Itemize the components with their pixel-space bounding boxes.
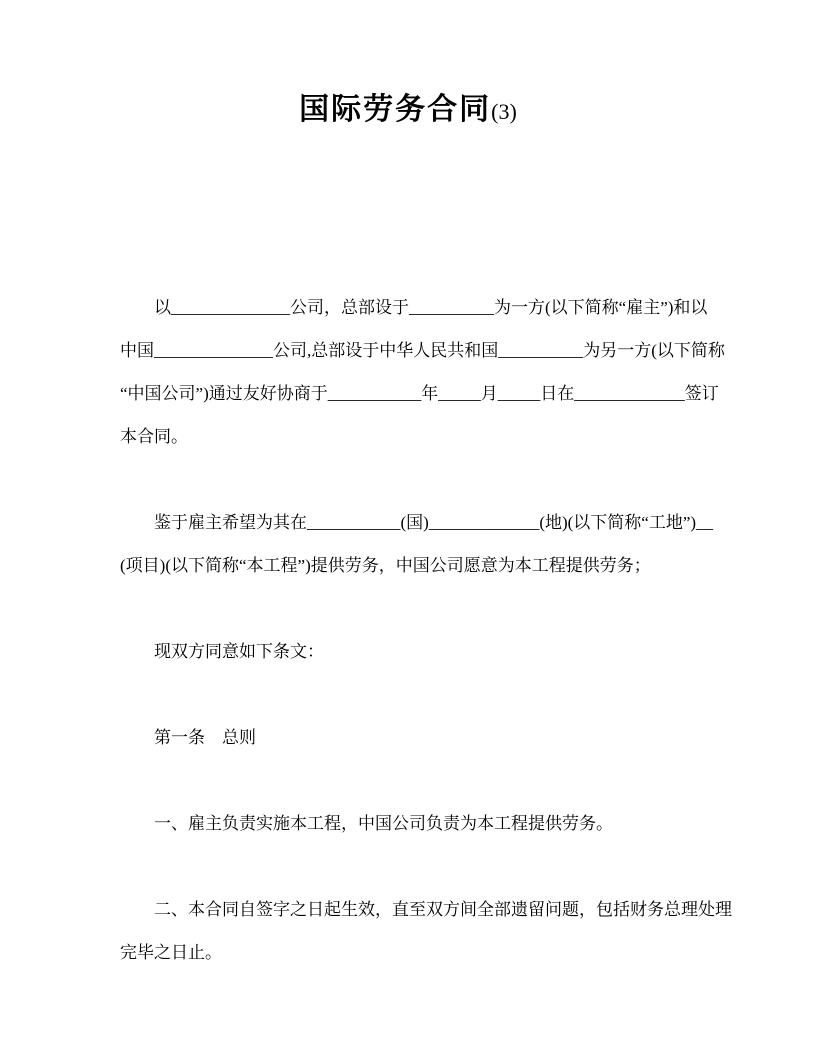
paragraph-line: “中国公司”)通过友好协商于___________年_____月_____日在_… [120,372,720,415]
paragraph-line: 以______________公司，总部设于__________为一方(以下简称… [120,286,720,329]
article-1-heading: 第一条 总则 [120,716,720,759]
document-title-number: (3) [491,99,517,124]
paragraph-intro: 以______________公司，总部设于__________为一方(以下简称… [120,286,720,458]
paragraph-line: 鉴于雇主希望为其在___________(国)_____________(地)(… [120,501,720,544]
paragraph-clause-2: 二、本合同自签字之日起生效，直至双方间全部遗留问题，包括财务总理处理 完毕之日止… [120,888,720,974]
paragraph-agreement-lead: 现双方同意如下条文： [120,630,720,673]
document-page: 国际劳务合同(3) 以______________公司，总部设于________… [0,0,816,1056]
paragraph-clause-1: 一、雇主负责实施本工程，中国公司负责为本工程提供劳务。 [120,802,720,845]
paragraph-line: (项目)(以下简称“本工程”)提供劳务，中国公司愿意为本工程提供劳务； [120,544,720,587]
document-title: 国际劳务合同(3) [0,0,816,134]
document-body: 以______________公司，总部设于__________为一方(以下简称… [120,286,720,974]
article-heading-line: 第一条 总则 [120,716,720,759]
paragraph-line: 现双方同意如下条文： [120,630,720,673]
paragraph-line: 中国______________公司,总部设于中华人民共和国__________… [120,329,720,372]
paragraph-line: 一、雇主负责实施本工程，中国公司负责为本工程提供劳务。 [120,802,720,845]
paragraph-line: 本合同。 [120,415,720,458]
document-title-text: 国际劳务合同 [299,93,491,126]
paragraph-whereas: 鉴于雇主希望为其在___________(国)_____________(地)(… [120,501,720,587]
paragraph-line: 二、本合同自签字之日起生效，直至双方间全部遗留问题，包括财务总理处理 [120,888,720,931]
paragraph-line: 完毕之日止。 [120,931,720,974]
